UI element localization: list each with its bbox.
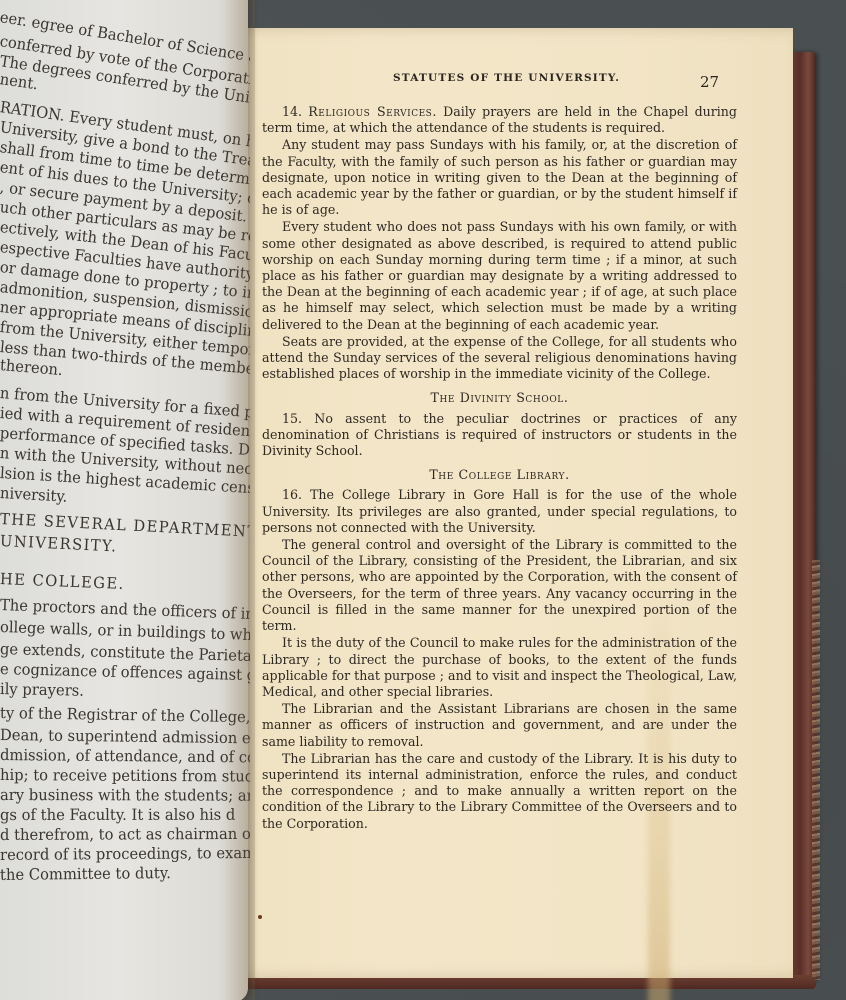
paragraph: It is the duty of the Council to make ru… <box>262 635 737 700</box>
section-14: 14. Religious Services. Daily prayers ar… <box>262 104 737 136</box>
foxing-spot <box>258 915 262 919</box>
spine-shadow <box>225 0 255 1000</box>
page-body: 14. Religious Services. Daily prayers ar… <box>262 104 737 833</box>
left-page-line: UNIVERSITY. <box>0 532 118 555</box>
left-page-line: thereon. <box>0 356 63 379</box>
left-page-line: gs of the Faculty. It is also his d <box>0 806 235 824</box>
page-number: 27 <box>700 73 719 91</box>
left-page-line: d therefrom, to act as chairman of <box>0 825 250 844</box>
paragraph: Seats are provided, at the expense of th… <box>262 334 737 383</box>
paragraph: The Librarian has the care and custody o… <box>262 751 737 832</box>
paragraph: Every student who does not pass Sundays … <box>262 219 737 332</box>
left-page-line: ary business with the students; and <box>0 786 250 805</box>
paragraph: The general control and oversight of the… <box>262 537 737 634</box>
section-15: 15. No assent to the peculiar doctrines … <box>262 411 737 460</box>
paragraph: Any student may pass Sundays with his fa… <box>262 137 737 218</box>
left-page-line: dmission, of attendance, and of cond <box>0 746 250 767</box>
section-heading: The Divinity School. <box>262 390 737 406</box>
left-page-line: HE COLLEGE. <box>0 570 125 593</box>
left-page-line: niversity. <box>0 484 68 506</box>
left-page-line: ily prayers. <box>0 680 84 700</box>
left-page-line: hip; to receive petitions from studen <box>0 766 250 786</box>
left-page-line: the Committee to duty. <box>0 864 171 884</box>
paragraph: The Librarian and the Assistant Libraria… <box>262 701 737 750</box>
left-page-line: record of its proceedings, to exam <box>0 844 250 864</box>
left-page-text: eer. egree of Bachelor of Science and of… <box>0 0 250 1000</box>
section-heading: The College Library. <box>262 467 737 483</box>
marbled-edge <box>812 560 820 980</box>
section-title: Religious Services. <box>308 104 437 119</box>
section-16: 16. The College Library in Gore Hall is … <box>262 487 737 536</box>
left-page-line: ty of the Registrar of the College, un <box>0 704 250 727</box>
left-page-line: Dean, to superintend admission exam <box>0 726 250 748</box>
